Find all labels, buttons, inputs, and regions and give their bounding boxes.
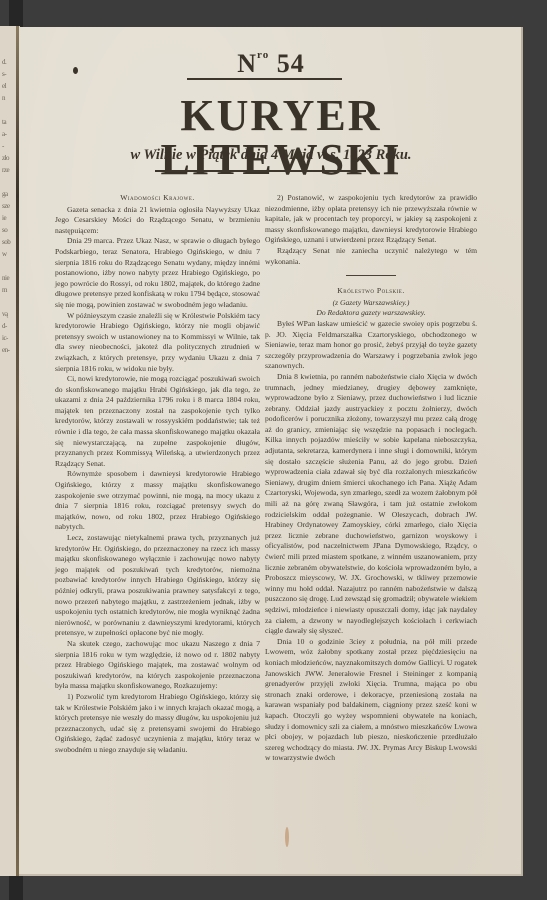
article-paragraph: 1) Pozwolić tym kredytorom Hrabiego Ogiń… — [55, 692, 260, 756]
left-column: Wiadomości Krajowe. Gazeta senacka z dni… — [55, 193, 260, 755]
masthead-rule-bottom — [155, 170, 366, 172]
article-paragraph: Ci, nowi kredytorowie, nie mogą rozciąga… — [55, 374, 260, 469]
newspaper-title: KURYER LITEWSKI — [61, 94, 501, 182]
article-paragraph: Byłeś WPan łaskaw umieścić w gazecie swo… — [265, 319, 477, 372]
issue-number-sup: ro — [257, 49, 269, 61]
article-paragraph: Dnia 8 kwietnia, po ranném nabożeństwie … — [265, 372, 477, 637]
article-paragraph: Rządzący Senat nie zaniecha uczynić nale… — [265, 246, 477, 267]
section-heading-domestic-news: Wiadomości Krajowe. — [55, 193, 260, 204]
issue-number-value: 54 — [277, 49, 305, 78]
article-paragraph: Na skutek czego, zachowując moc ukazu Na… — [55, 639, 260, 692]
page-stain — [285, 827, 289, 847]
section-source: (z Gazety Warszawskiey.) — [265, 298, 477, 309]
right-column: 2) Postanowić, w zaspokojeniu tych kredy… — [265, 193, 477, 764]
article-paragraph: Dnia 10 o godzinie 3ciey z południa, na … — [265, 637, 477, 764]
section-divider — [346, 275, 396, 276]
issue-number-prefix: N — [237, 49, 257, 78]
dateline: w Wilnie w Piątek dnia 4 Maja v. s. 1823… — [19, 147, 523, 164]
article-paragraph: 2) Postanowić, w zaspokojeniu tych kredy… — [265, 193, 477, 246]
section-heading-kingdom-of-poland: Królestwo Polskie. — [265, 286, 477, 297]
letter-address: Do Redaktora gazety warszawskiey. — [265, 308, 477, 319]
newspaper-page: Nro 54 KURYER LITEWSKI w Wilnie w Piątek… — [19, 27, 523, 876]
article-paragraph: Dnia 29 marca. Przez Ukaz Nasz, w sprawi… — [55, 236, 260, 310]
masthead-rule-top — [187, 78, 342, 80]
article-paragraph: Lecz, zostawując nietykalnemi prawa tych… — [55, 533, 260, 639]
issue-number: Nro 54 — [19, 49, 523, 79]
article-paragraph: Równymże sposobem i dawnieysi kredytorow… — [55, 469, 260, 533]
article-paragraph: Gazeta senacka z dnia 21 kwietnia ogłosi… — [55, 205, 260, 237]
article-paragraph: W późnieyszym czasie znaleźli się w Król… — [55, 311, 260, 375]
background-bottom-left — [9, 876, 23, 900]
previous-page-text-fragments: d. s- el n ta a- - zło rze ga sze ie so … — [2, 56, 14, 896]
background-top-left — [9, 0, 23, 27]
